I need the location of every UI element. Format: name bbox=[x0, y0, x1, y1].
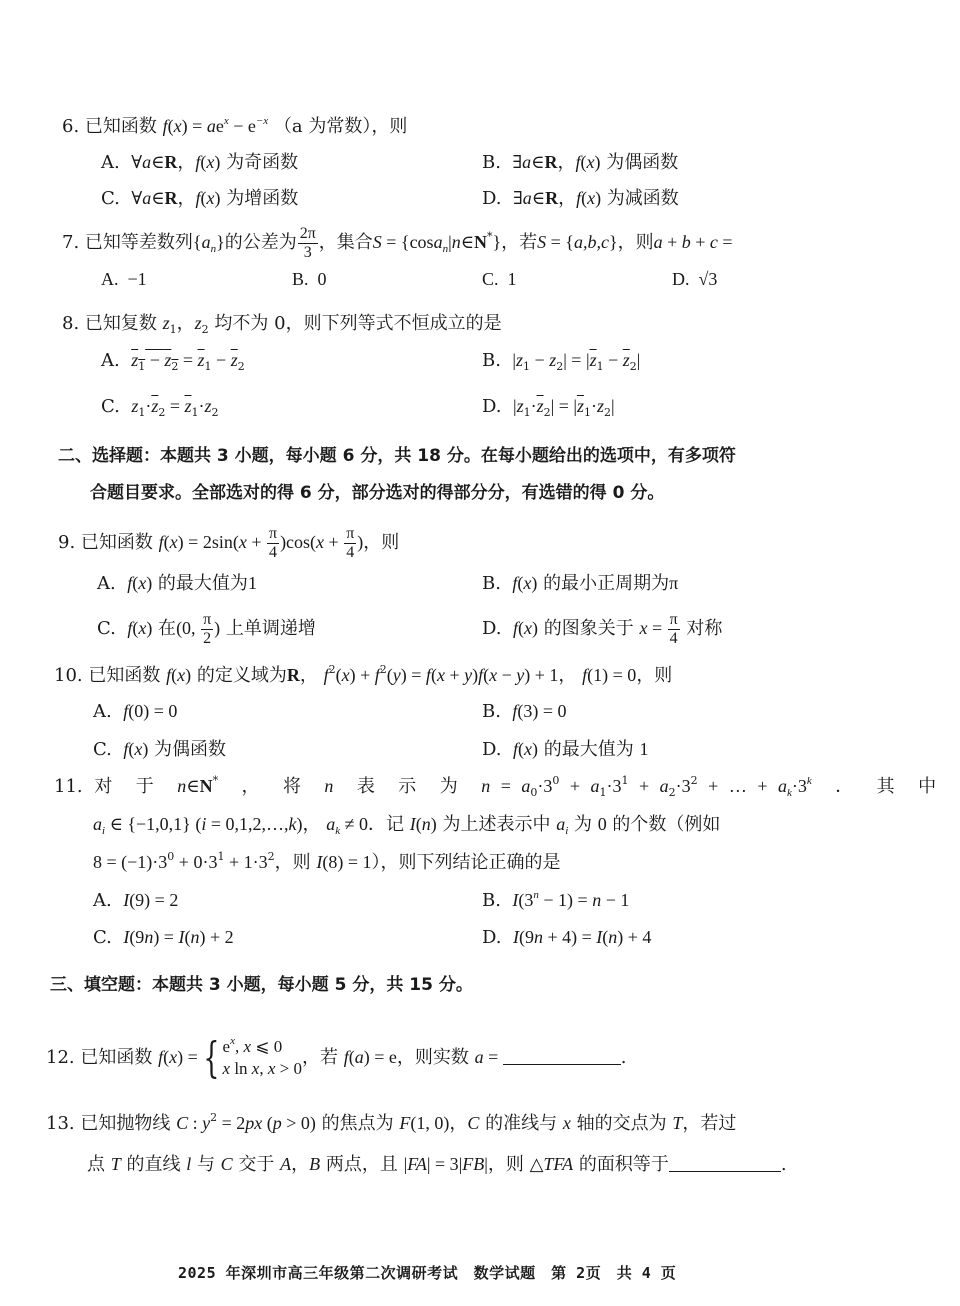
question-number: 10. bbox=[54, 665, 83, 686]
question-8-stem: 8. 已知复数 z1，z2 均不为 0，则下列等式不恒成立的是 bbox=[62, 311, 502, 336]
question-6-option-c[interactable]: C. ∀a∈R，f(x) 为增函数 bbox=[101, 186, 298, 211]
question-7-stem: 7. 已知等差数列{an}的公差为2π3，集合S = {cosan|n∈N*}，… bbox=[62, 222, 733, 263]
question-number: 8. bbox=[62, 313, 79, 334]
question-9-option-a[interactable]: A. f(x) 的最大值为1 bbox=[97, 571, 257, 596]
question-11-stem-line3: 8 = (−1)·30 + 0·31 + 1·32，则 I(8) = 1），则下… bbox=[93, 850, 560, 875]
question-10-option-b[interactable]: B. f(3) = 0 bbox=[482, 699, 567, 724]
question-6-option-b[interactable]: B. ∃a∈R，f(x) 为偶函数 bbox=[482, 150, 678, 175]
question-12-stem: 12. 已知函数 f(x) ={ex, x ⩽ 0x ln x, x > 0，若… bbox=[46, 1032, 627, 1083]
question-8-option-a[interactable]: A. z1 − z2 = z1 − z2 bbox=[101, 348, 245, 373]
question-8-option-b[interactable]: B. |z1 − z2| = |z1 − z2| bbox=[482, 348, 640, 373]
question-10-option-a[interactable]: A. f(0) = 0 bbox=[93, 699, 177, 724]
question-11-option-b[interactable]: B. I(3n − 1) = n − 1 bbox=[482, 888, 629, 913]
question-10-stem: 10. 已知函数 f(x) 的定义域为R， f2(x) + f2(y) = f(… bbox=[54, 663, 672, 688]
question-11-stem-line2: ai ∈ {−1,0,1} (i = 0,1,2,…,k)， ak ≠ 0．记 … bbox=[93, 812, 720, 837]
question-number: 7. bbox=[62, 232, 79, 253]
question-number: 9. bbox=[58, 532, 75, 553]
question-6-stem: 6. 已知函数 f(x) = aex − e−x （a 为常数），则 bbox=[62, 114, 407, 139]
question-number: 6. bbox=[62, 116, 79, 137]
answer-blank[interactable] bbox=[669, 1153, 781, 1172]
question-9-stem: 9. 已知函数 f(x) = 2sin(x + π4)cos(x + π4)，则 bbox=[58, 522, 399, 563]
question-6-option-a[interactable]: A. ∀a∈R，f(x) 为奇函数 bbox=[101, 150, 298, 175]
question-7-option-d[interactable]: D. √3 bbox=[672, 267, 717, 291]
section-2-header-cont: 合题目要求。全部选对的得 6 分，部分选对的得部分分，有选错的得 0 分。 bbox=[90, 481, 664, 505]
question-11-stem-line1: 11. 对 于 n∈N* ， 将 n 表 示 为 n = a0·30 + a1·… bbox=[54, 774, 936, 799]
question-10-option-d[interactable]: D. f(x) 的最大值为 1 bbox=[482, 737, 648, 762]
question-11-option-a[interactable]: A. I(9) = 2 bbox=[93, 888, 178, 913]
question-7-option-a[interactable]: A. −1 bbox=[101, 267, 147, 291]
question-number: 11. bbox=[54, 776, 83, 797]
question-8-option-c[interactable]: C. z1·z2 = z1·z2 bbox=[101, 394, 219, 419]
question-11-option-c[interactable]: C. I(9n) = I(n) + 2 bbox=[93, 925, 234, 950]
question-13-stem-line2: 点 T 的直线 l 与 C 交于 A，B 两点，且 |FA| = 3|FB|，则… bbox=[87, 1152, 787, 1177]
question-number: 13. bbox=[46, 1113, 75, 1134]
page-footer: 2025 年深圳市高三年级第二次调研考试 数学试题 第 2页 共 4 页 bbox=[178, 1261, 676, 1285]
question-9-option-c[interactable]: C. f(x) 在(0, π2) 上单调递增 bbox=[97, 608, 316, 649]
question-11-option-d[interactable]: D. I(9n + 4) = I(n) + 4 bbox=[482, 925, 651, 950]
question-9-option-d[interactable]: D. f(x) 的图象关于 x = π4 对称 bbox=[482, 608, 722, 649]
question-number: 12. bbox=[46, 1047, 75, 1068]
answer-blank[interactable] bbox=[503, 1046, 621, 1065]
question-6-option-d[interactable]: D. ∃a∈R，f(x) 为减函数 bbox=[482, 186, 679, 211]
question-9-option-b[interactable]: B. f(x) 的最小正周期为π bbox=[482, 571, 678, 596]
question-8-option-d[interactable]: D. |z1·z2| = |z1·z2| bbox=[482, 394, 615, 419]
question-13-stem-line1: 13. 已知抛物线 C : y2 = 2px (p > 0) 的焦点为 F(1,… bbox=[46, 1111, 736, 1136]
question-7-option-c[interactable]: C. 1 bbox=[482, 267, 517, 291]
piecewise-function: {ex, x ⩽ 0x ln x, x > 0 bbox=[198, 1036, 302, 1080]
question-7-option-b[interactable]: B. 0 bbox=[292, 267, 327, 291]
question-10-option-c[interactable]: C. f(x) 为偶函数 bbox=[93, 737, 226, 762]
section-2-header: 二、选择题：本题共 3 小题，每小题 6 分，共 18 分。在每小题给出的选项中… bbox=[58, 444, 736, 468]
section-3-header: 三、填空题：本题共 3 小题，每小题 5 分，共 15 分。 bbox=[50, 973, 473, 997]
